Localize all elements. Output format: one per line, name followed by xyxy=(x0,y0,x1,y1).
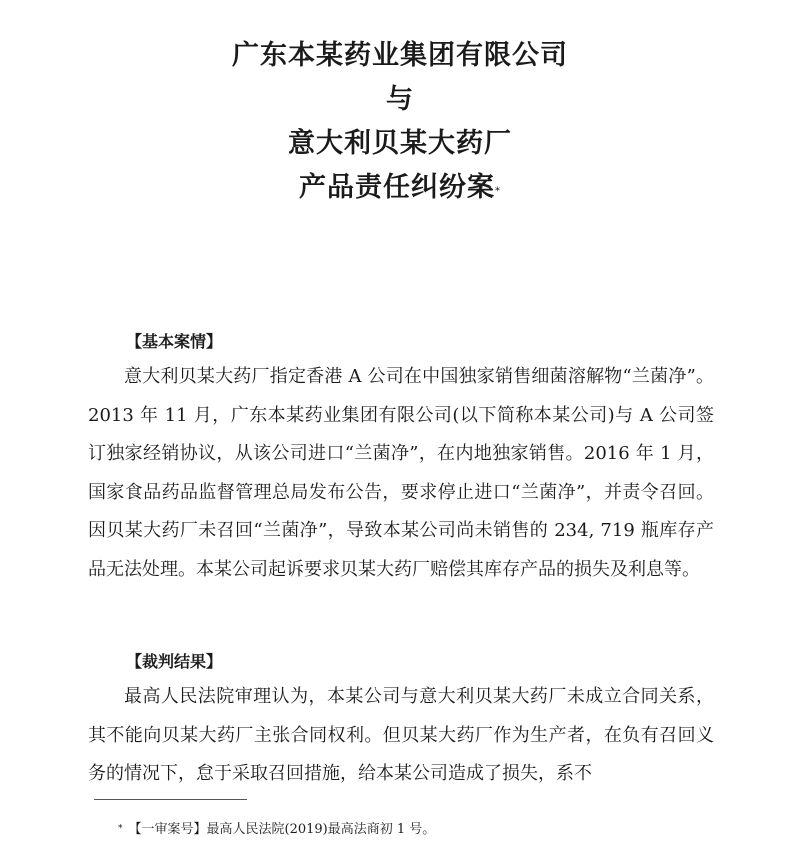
footnote-text: 【一审案号】最高人民法院(2019)最高法商初 1 号。 xyxy=(129,822,436,837)
section-basic-facts: 【基本案情】 意大利贝某大药厂指定香港 A 公司在中国独家销售细菌溶解物“兰菌净… xyxy=(88,330,714,589)
title-case-type-text: 产品责任纠纷案 xyxy=(299,172,495,203)
title-case-type: 产品责任纠纷案* xyxy=(0,166,800,210)
title-conjunction: 与 xyxy=(0,78,800,122)
footnote: *【一审案号】最高人民法院(2019)最高法商初 1 号。 xyxy=(118,821,435,840)
footnote-divider xyxy=(94,799,247,800)
section-heading-basic-facts: 【基本案情】 xyxy=(126,330,714,354)
section-paragraph-judgment: 最高人民法院审理认为，本某公司与意大利贝某大药厂未成立合同关系，其不能向贝某大药… xyxy=(88,678,714,794)
section-judgment: 【裁判结果】 最高人民法院审理认为，本某公司与意大利贝某大药厂未成立合同关系，其… xyxy=(88,650,714,794)
title-footnote-marker: * xyxy=(495,186,501,197)
footnote-marker: * xyxy=(118,824,123,834)
title-party-one: 广东本某药业集团有限公司 xyxy=(0,34,800,78)
title-party-two: 意大利贝某大药厂 xyxy=(0,122,800,166)
section-heading-judgment: 【裁判结果】 xyxy=(126,650,714,674)
section-paragraph-basic-facts: 意大利贝某大药厂指定香港 A 公司在中国独家销售细菌溶解物“兰菌净”。2013 … xyxy=(88,358,714,589)
document-title: 广东本某药业集团有限公司 与 意大利贝某大药厂 产品责任纠纷案* xyxy=(0,34,800,210)
